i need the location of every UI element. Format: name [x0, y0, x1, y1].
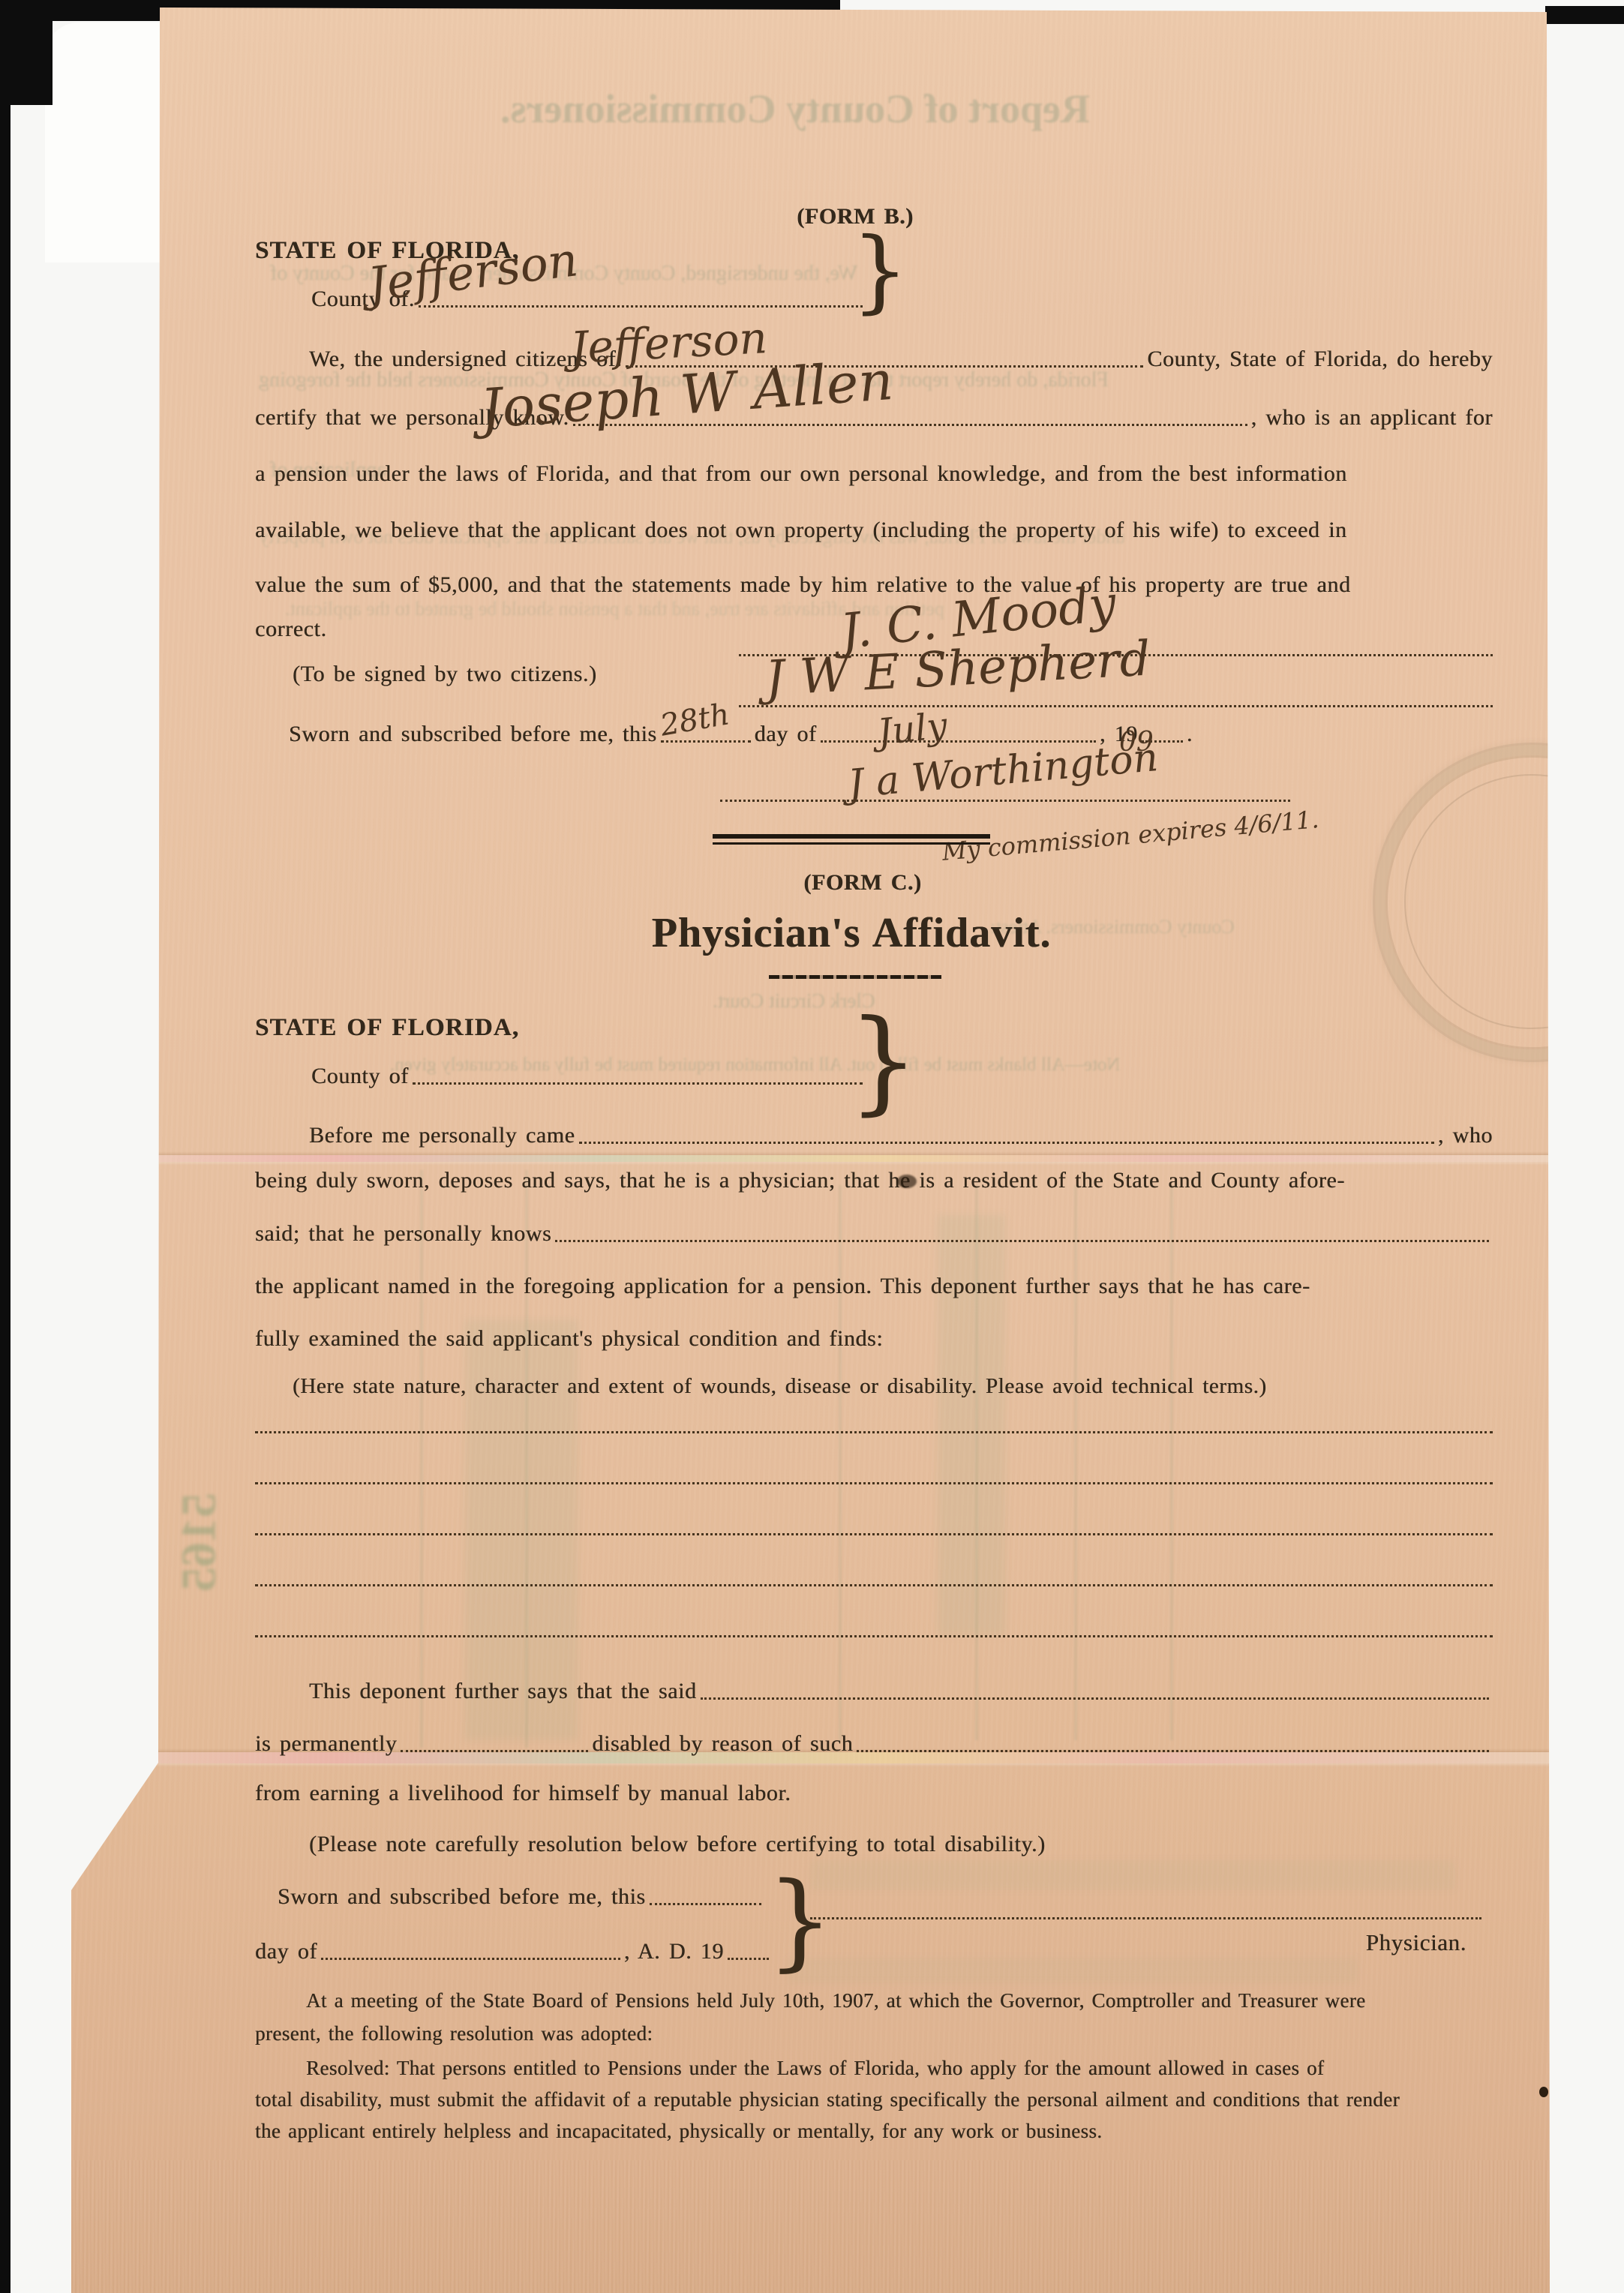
scanned-document: Report of County Commissioners. We, the … [0, 0, 1624, 2293]
form-c-sworn-row-2: day of , A. D. 19 [255, 1939, 773, 1965]
resolved-paragraph-line: total disability, must submit the affida… [255, 2088, 1400, 2111]
day-of-label: day of [255, 1939, 317, 1965]
fill-in-line [413, 1082, 863, 1085]
fill-in-line [821, 740, 1096, 743]
before-me-label: Before me personally came [309, 1123, 575, 1149]
form-b-brace: } [851, 227, 908, 317]
fill-in-line [579, 1142, 1434, 1144]
findings-blank-line [255, 1635, 1493, 1637]
witness-instruction: (To be signed by two citizens.) [293, 662, 597, 688]
ghost-table-line [420, 1170, 423, 1748]
findings-blank-line [255, 1431, 1493, 1433]
sworn-label: Sworn and subscribed before me, this [289, 722, 657, 748]
physician-signature-line [810, 1917, 1481, 1919]
form-c-sworn-brace: } [767, 1869, 833, 1974]
witness-signature-line-2 [739, 705, 1493, 707]
form-b-body-line: a pension under the laws of Florida, and… [255, 461, 1347, 488]
form-c-title: Physician's Affidavit. [551, 909, 1151, 957]
section-divider-rule [713, 834, 990, 845]
resolved-paragraph-line: Resolved: That persons entitled to Pensi… [306, 2057, 1324, 2080]
deponent-label: This deponent further says that the said [309, 1679, 697, 1705]
form-c-body-line: the applicant named in the foregoing app… [255, 1274, 1310, 1300]
disability-note: (Please note carefully resolution below … [309, 1832, 1046, 1858]
findings-blank-line [255, 1584, 1493, 1586]
notary-signature-line [720, 800, 1290, 802]
fold-crease-upper [71, 1155, 1550, 1162]
paper-texture-bottom [0, 2160, 1624, 2293]
fill-in-line [401, 1750, 588, 1752]
form-b-citizens-row: We, the undersigned citizens of. County,… [309, 347, 1493, 373]
county-of-label: County of [311, 1064, 409, 1090]
fill-in-line [419, 305, 863, 308]
physician-label: Physician. [1275, 1929, 1466, 1956]
handwritten-month-july: July [876, 707, 949, 750]
fill-in-line [701, 1697, 1489, 1700]
findings-blank-line [255, 1482, 1493, 1484]
meeting-paragraph-line: At a meeting of the State Board of Pensi… [306, 1989, 1366, 2012]
ghost-back-title: Report of County Commissioners. [420, 87, 1170, 131]
ghost-table-line [1074, 1185, 1077, 1740]
ghost-table-line [839, 1185, 842, 1740]
form-c-body-line: being duly sworn, deposes and says, that… [255, 1168, 1345, 1194]
form-c-body-line: fully examined the said applicant's phys… [255, 1326, 883, 1352]
fill-in-line [555, 1240, 1489, 1242]
scan-edge-left [0, 0, 11, 2293]
deponent-row: This deponent further says that the said [309, 1679, 1493, 1705]
ink-blot [897, 1175, 917, 1188]
citizens-post-label: County, State of Florida, do hereby [1147, 347, 1493, 373]
fill-in-line [321, 1958, 620, 1960]
meeting-paragraph-line: present, the following resolution was ad… [255, 2022, 653, 2045]
form-b-body-line: available, we believe that the applicant… [255, 518, 1347, 544]
form-c-state-heading: STATE OF FLORIDA, [255, 1014, 519, 1043]
form-c-knows-row: said; that he personally knows [255, 1221, 1493, 1247]
findings-instruction: (Here state nature, character and extent… [293, 1374, 1267, 1399]
form-c-label: (FORM C.) [750, 870, 975, 896]
livelihood-line: from earning a livelihood for himself by… [255, 1781, 791, 1807]
findings-blank-line [255, 1533, 1493, 1535]
form-c-county-row: County of [311, 1064, 866, 1090]
resolved-paragraph-line: the applicant entirely helpless and inca… [255, 2120, 1102, 2143]
form-b-body-line: correct. [255, 617, 327, 643]
fill-in-line [650, 1903, 761, 1905]
ghost-stamp-number: 5165 [173, 1493, 227, 1592]
before-me-post-label: , who [1438, 1123, 1493, 1149]
sworn-label: Sworn and subscribed before me, this [278, 1884, 646, 1910]
form-c-sworn-row-1: Sworn and subscribed before me, this [278, 1884, 765, 1910]
paper-sheet: Report of County Commissioners. We, the … [0, 0, 1624, 2293]
day-of-label: day of [755, 722, 817, 748]
certify-post-label: , who is an applicant for [1251, 405, 1493, 431]
ghost-smudge [788, 1958, 1358, 1983]
period-label: . [1187, 722, 1193, 748]
form-c-brace: } [848, 1005, 919, 1118]
fill-in-line [728, 1958, 769, 1960]
ad-19-label: , A. D. 19 [624, 1939, 724, 1965]
ink-speck [1539, 2087, 1548, 2097]
ghost-smudge [810, 1860, 1455, 1890]
permanently-label: is permanently [255, 1731, 397, 1757]
form-b-body-line: value the sum of $5,000, and that the st… [255, 572, 1351, 599]
permanently-row: is permanently disabled by reason of suc… [255, 1731, 1493, 1757]
ghost-table-line [1170, 1185, 1173, 1740]
scan-edge-top-right [1545, 6, 1624, 24]
title-underline [769, 975, 941, 979]
before-me-row: Before me personally came , who [309, 1123, 1493, 1149]
disabled-label: disabled by reason of such [592, 1731, 853, 1757]
personally-knows-label: said; that he personally knows [255, 1221, 551, 1247]
fill-in-line [857, 1750, 1489, 1752]
